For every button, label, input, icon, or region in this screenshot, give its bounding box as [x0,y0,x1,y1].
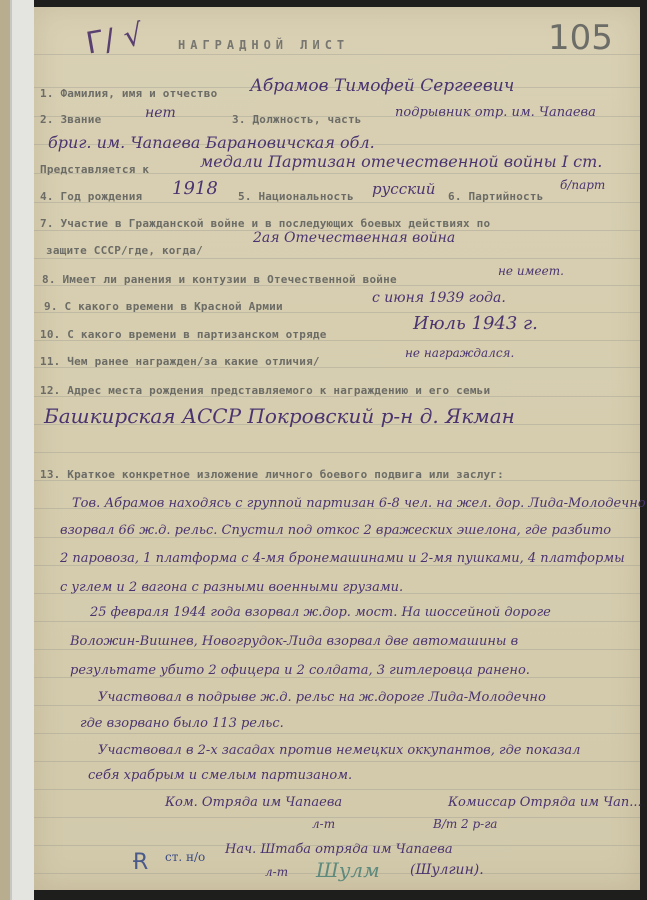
field-10-value: Июль 1943 г. [413,313,538,334]
chief-name: (Шулгин). [410,862,484,878]
field-2-value: нет [145,105,176,121]
narrative-line: Участвовал в 2-х засадах против немецких… [98,743,580,758]
field-2-label: 2. Звание [40,113,101,126]
stamp-mark-icon: Ɍ [133,850,148,875]
binding-edge [0,0,10,900]
field-9-value: с июня 1939 года. [372,290,506,306]
presented-value: медали Партизан отечественной войны I ст… [200,152,602,171]
field-8-label: 8. Имеет ли ранения и контузии в Отечест… [42,273,397,286]
field-13-label: 13. Краткое конкретное изложение личного… [40,468,504,481]
chief-rank: л-т [265,865,288,879]
field-5-label: 5. Национальность [238,190,354,203]
chief-prefix: ст. н/о [165,850,205,864]
field-6-label: 6. Партийность [448,190,544,203]
page-margin-strip [10,0,34,900]
narrative-line: взорвал 66 ж.д. рельс. Спустил под откос… [60,523,611,538]
commander-title: Ком. Отряда им Чапаева [165,795,342,810]
presented-label: Представляется к [40,163,149,176]
field-3-value: подрывник отр. им. Чапаева [395,105,596,120]
commissar-title: Комиссар Отряда им Чап... [448,795,642,810]
field-4-value: 1918 [172,178,218,199]
field-12-label: 12. Адрес места рождения представляемого… [40,384,490,397]
narrative-line: 25 февраля 1944 года взорвал ж.дор. мост… [90,605,551,620]
field-7-label: 7. Участие в Гражданской войне и в после… [40,217,490,230]
document-title: НАГРАДНОЙ ЛИСТ [178,38,349,52]
field-12-value: Башкирская АССР Покровский р-н д. Якман [44,404,515,428]
field-1-label: 1. Фамилия, имя и отчество [40,87,217,100]
commissar-rank: В/т 2 р-га [433,817,497,831]
field-3-value-cont: бриг. им. Чапаева Барановичская обл. [48,133,375,152]
field-1-value: Абрамов Тимофей Сергеевич [250,76,514,96]
chief-title: Нач. Штаба отряда им Чапаева [225,842,453,857]
narrative-line: себя храбрым и смелым партизаном. [88,768,352,783]
field-3-label: 3. Должность, часть [232,113,362,126]
field-6-value: б/парт [560,178,605,192]
field-7-value: 2ая Отечественная война [253,230,455,246]
field-5-value: русский [372,180,435,198]
field-7-label-cont: защите СССР/где, когда/ [46,244,203,257]
narrative-line: Тов. Абрамов находясь с группой партизан… [72,496,646,511]
field-8-value: не имеет. [498,264,564,278]
narrative-line: Участвовал в подрыве ж.д. рельс на ж.дор… [98,690,546,705]
narrative-line: 2 паровоза, 1 платформа с 4-мя бронемаши… [60,551,625,566]
page-number: 105 [548,18,613,58]
chief-signature: Шулм [316,858,380,882]
field-11-label: 11. Чем ранее награжден/за какие отличия… [40,355,320,368]
field-10-label: 10. С какого времени в партизанском отря… [40,328,327,341]
narrative-line: с углем и 2 вагона с разными военными гр… [60,580,403,595]
field-11-value: не награждался. [405,346,514,360]
narrative-line: результате убито 2 офицера и 2 солдата, … [70,663,530,678]
narrative-line: где взорвано было 113 рельс. [80,716,284,731]
narrative-line: Воложин-Вишнев, Новогрудок-Лида взорвал … [70,634,518,649]
commander-rank: л-т [312,817,335,831]
field-4-label: 4. Год рождения [40,190,142,203]
field-9-label: 9. С какого времени в Красной Армии [44,300,283,313]
